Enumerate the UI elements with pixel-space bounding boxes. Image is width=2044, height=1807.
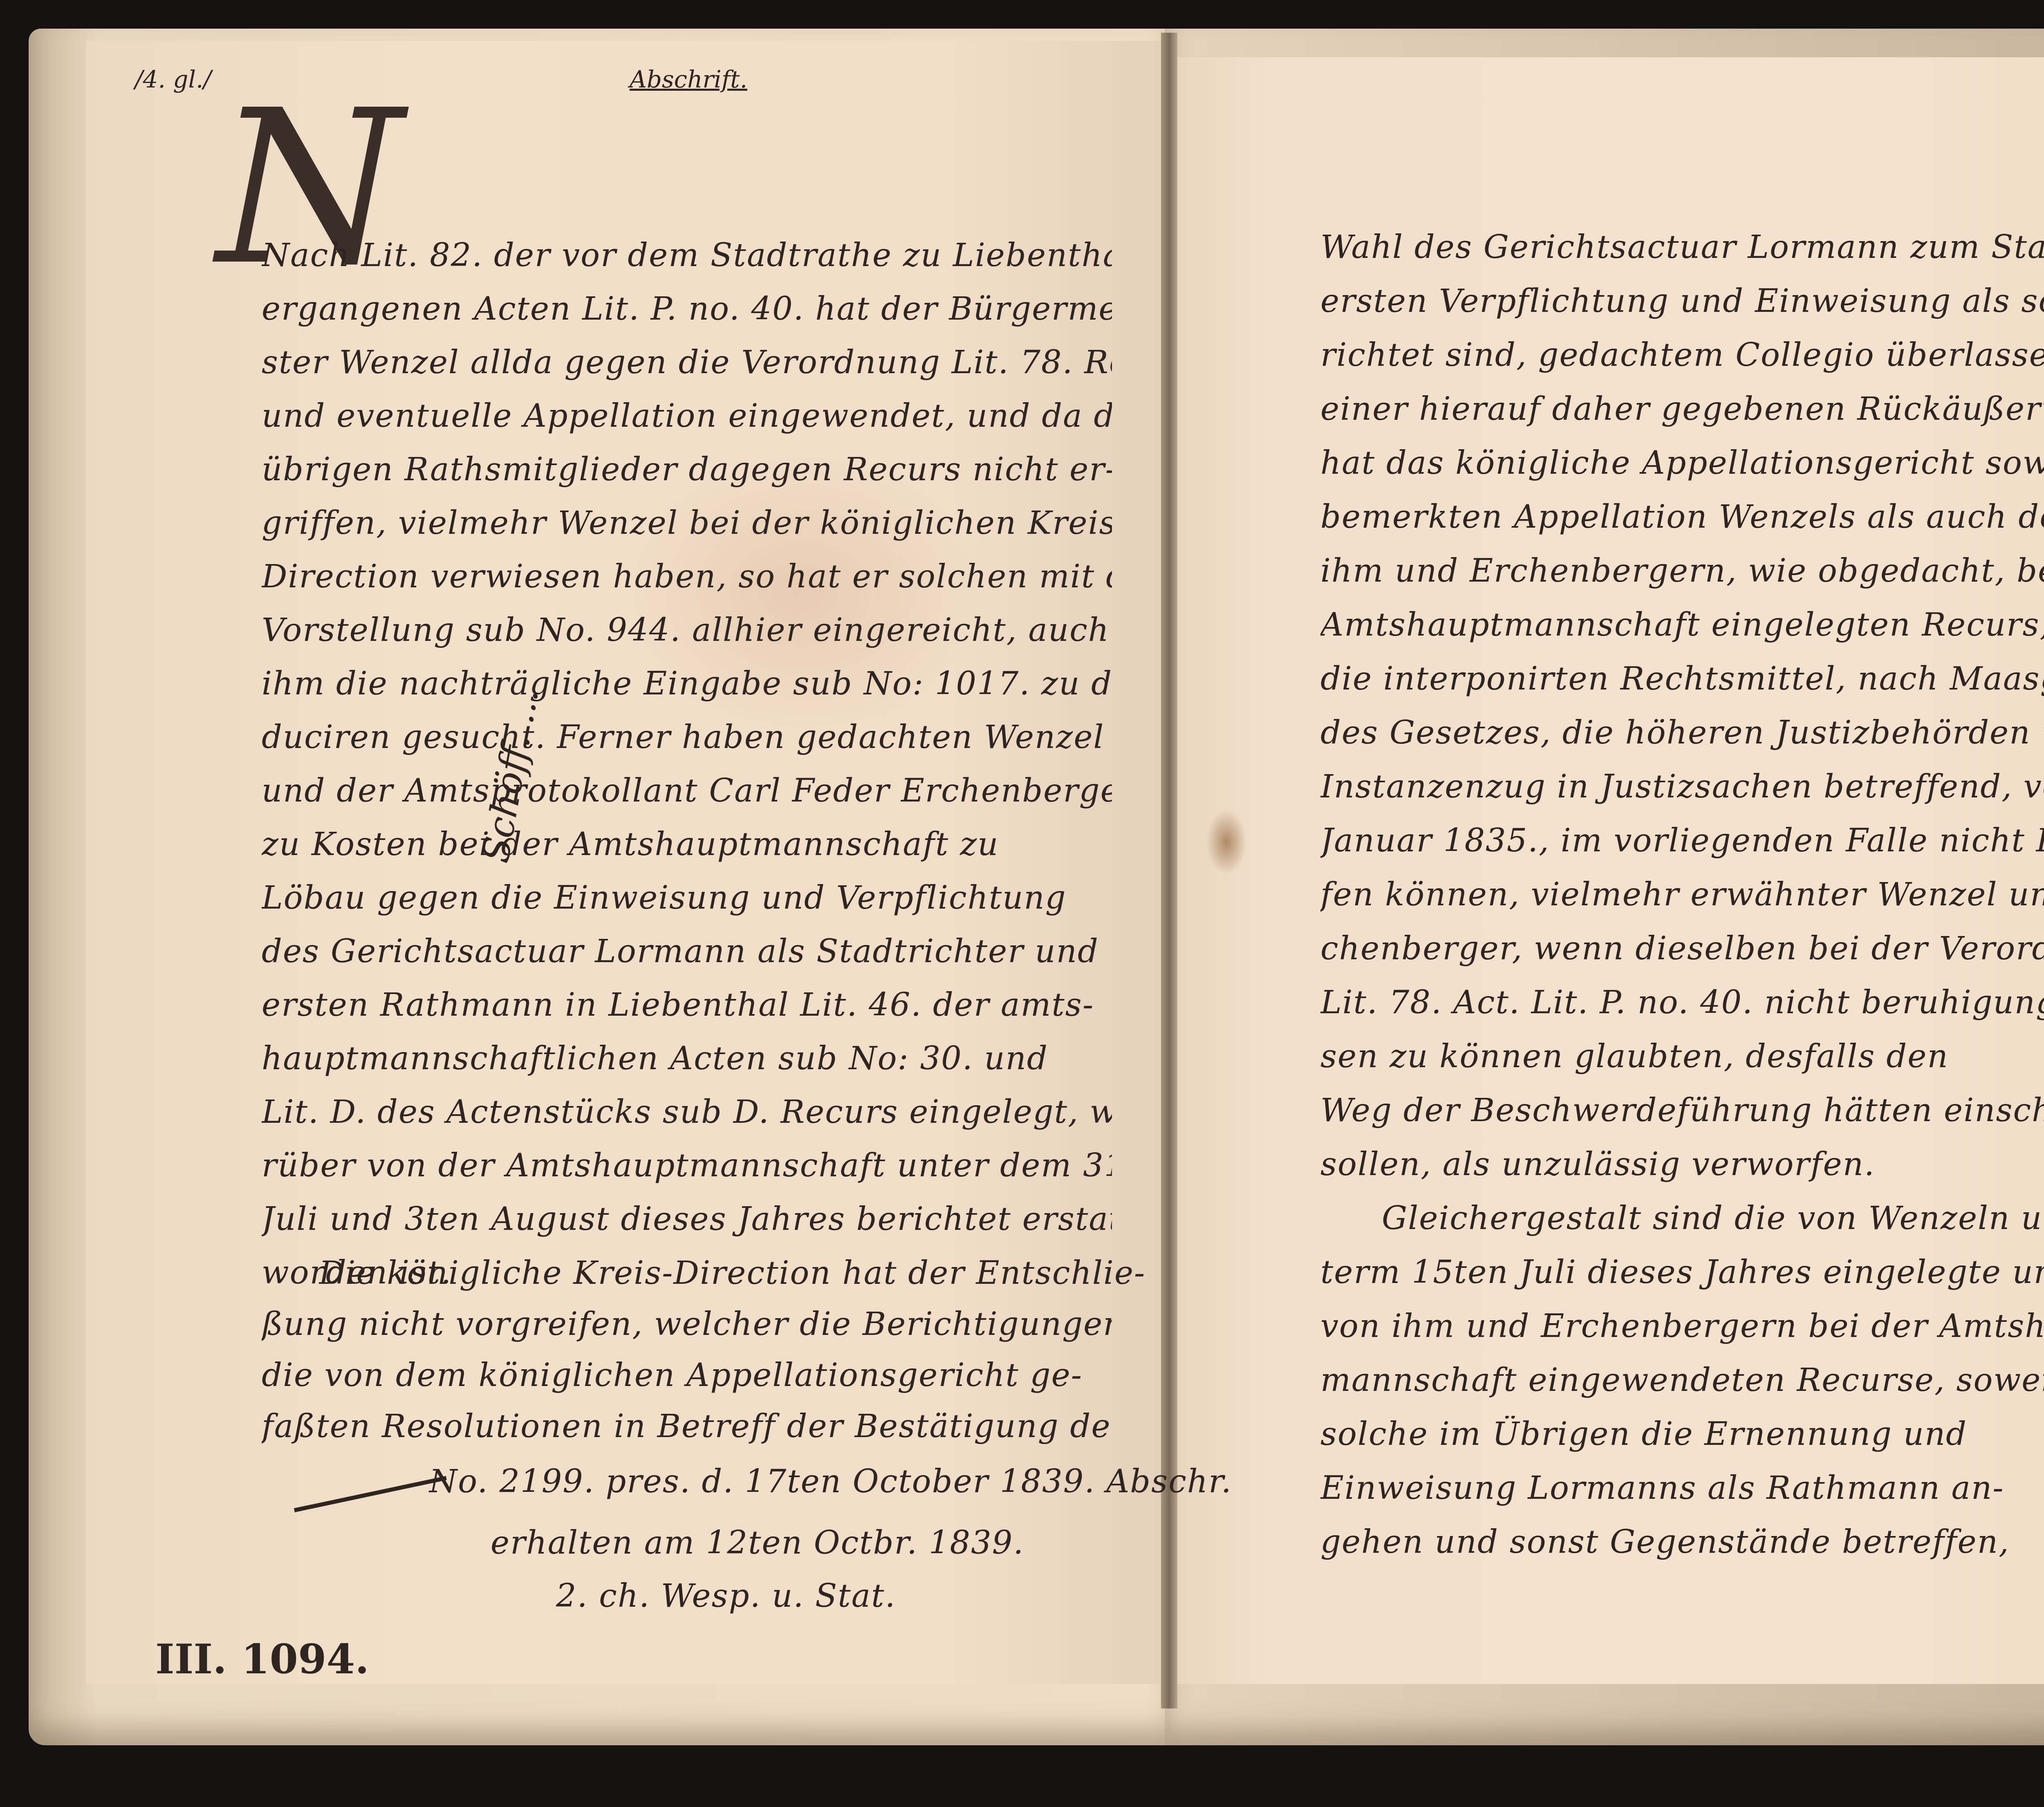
- left-page-line: rüber von der Amtshauptmannschaft unter …: [262, 1147, 1112, 1184]
- right-page-line: Einweisung Lormanns als Rathmann an-: [1320, 1470, 2044, 1507]
- right-page-line: ihm und Erchenbergern, wie obgedacht, be…: [1320, 553, 2044, 589]
- registry-note-line3: 2. ch. Wesp. u. Stat.: [556, 1578, 896, 1614]
- left-page-line: faßten Resolutionen in Betreff der Bestä…: [262, 1408, 1112, 1445]
- left-page-line: des Gerichtsactuar Lormann als Stadtrich…: [262, 933, 1112, 970]
- right-page-line: Januar 1835., im vorliegenden Falle nich…: [1320, 822, 2044, 859]
- right-page-line: mannschaft eingewendeten Recurse, soweit: [1320, 1362, 2044, 1399]
- right-page-line: hat das königliche Appellationsgericht s…: [1320, 445, 2044, 481]
- left-page-line: duciren gesucht. Ferner haben gedachten …: [262, 719, 1112, 756]
- right-page-line: gehen und sonst Gegenstände betreffen,: [1320, 1524, 2044, 1561]
- right-page-line: Wahl des Gerichtsactuar Lormann zum Stad…: [1320, 229, 2044, 266]
- right-page-line: solche im Übrigen die Ernennung und: [1320, 1416, 2044, 1453]
- left-page-line: Direction verwiesen haben, so hat er sol…: [262, 558, 1112, 595]
- left-page-line: Juli und 3ten August dieses Jahres beric…: [262, 1201, 1112, 1238]
- left-page-line: die von dem königlichen Appellationsgeri…: [262, 1357, 1112, 1394]
- left-page-line: zu Kosten bei der Amtshauptmannschaft zu: [262, 826, 1112, 863]
- right-page-line: bemerkten Appellation Wenzels als auch d…: [1320, 499, 2044, 535]
- left-page-line: ßung nicht vorgreifen, welcher die Beric…: [262, 1306, 1112, 1343]
- right-page-line: Weg der Beschwerdeführung hätten einschl…: [1320, 1092, 2044, 1129]
- registry-note-line1: No. 2199. pres. d. 17ten October 1839. A…: [429, 1463, 1232, 1500]
- registry-note-line2: erhalten am 12ten Octbr. 1839.: [491, 1525, 1024, 1561]
- left-page-line: Vorstellung sub No. 944. allhier eingere…: [262, 612, 1112, 649]
- book-gutter: [1161, 33, 1177, 1708]
- left-page-line: und eventuelle Appellation eingewendet, …: [262, 398, 1112, 434]
- right-page-line: einer hierauf daher gegebenen Rückäußeru…: [1320, 391, 2044, 428]
- left-page-line: ersten Rathmann in Liebenthal Lit. 46. d…: [262, 987, 1112, 1023]
- right-page-line: des Gesetzes, die höheren Justizbehörden…: [1320, 714, 2044, 751]
- left-page-line: übrigen Rathsmitglieder dagegen Recurs n…: [262, 451, 1112, 488]
- right-page-line: die interponirten Rechtsmittel, nach Maa…: [1320, 661, 2044, 697]
- left-page-line: Lit. D. des Actenstücks sub D. Recurs ei…: [262, 1094, 1112, 1131]
- right-page-line: sollen, als unzulässig verworfen.: [1320, 1146, 2044, 1183]
- right-page-line: von ihm und Erchenbergern bei der Amtsha…: [1320, 1308, 2044, 1345]
- left-page-line: ster Wenzel allda gegen die Verordnung L…: [262, 344, 1112, 381]
- right-page-line: chenberger, wenn dieselben bei der Veror…: [1320, 930, 2044, 967]
- right-page-line: Instanzenzug in Justizsachen betreffend,…: [1320, 768, 2044, 805]
- left-page-line: hauptmannschaftlichen Acten sub No: 30. …: [262, 1040, 1112, 1077]
- copy-heading: Abschrift.: [630, 65, 747, 93]
- volume-number: III. 1094.: [155, 1635, 369, 1683]
- right-page-line: sen zu können glaubten, desfalls den: [1320, 1038, 2044, 1075]
- corner-mark: /4. gl./: [135, 65, 211, 93]
- right-page-line: Lit. 78. Act. Lit. P. no. 40. nicht beru…: [1320, 984, 2044, 1021]
- left-page-line: Löbau gegen die Einweisung und Verpflich…: [262, 880, 1112, 916]
- right-page-line: richtet sind, gedachtem Collegio überlas…: [1320, 337, 2044, 374]
- left-page-line: und der Amtsprotokollant Carl Feder Erch…: [262, 773, 1112, 809]
- right-page-line: Gleichergestalt sind die von Wenzeln un-: [1382, 1200, 2044, 1237]
- right-page-line: fen können, vielmehr erwähnter Wenzel un…: [1320, 876, 2044, 913]
- left-page-line: griffen, vielmehr Wenzel bei der königli…: [262, 505, 1112, 542]
- left-page-line: Nach Lit. 82. der vor dem Stadtrathe zu …: [262, 237, 1112, 274]
- water-stain: [1206, 809, 1247, 875]
- left-page-line: ergangenen Acten Lit. P. no. 40. hat der…: [262, 291, 1112, 327]
- left-page-line: Die königliche Kreis-Direction hat der E…: [319, 1255, 1169, 1292]
- right-page-line: Amtshauptmannschaft eingelegten Recurs, …: [1320, 607, 2044, 643]
- left-page-line: ihm die nachträgliche Eingabe sub No: 10…: [262, 665, 1112, 702]
- right-page-line: term 15ten Juli dieses Jahres eingelegte…: [1320, 1254, 2044, 1291]
- right-page-line: ersten Verpflichtung und Einweisung als …: [1320, 283, 2044, 320]
